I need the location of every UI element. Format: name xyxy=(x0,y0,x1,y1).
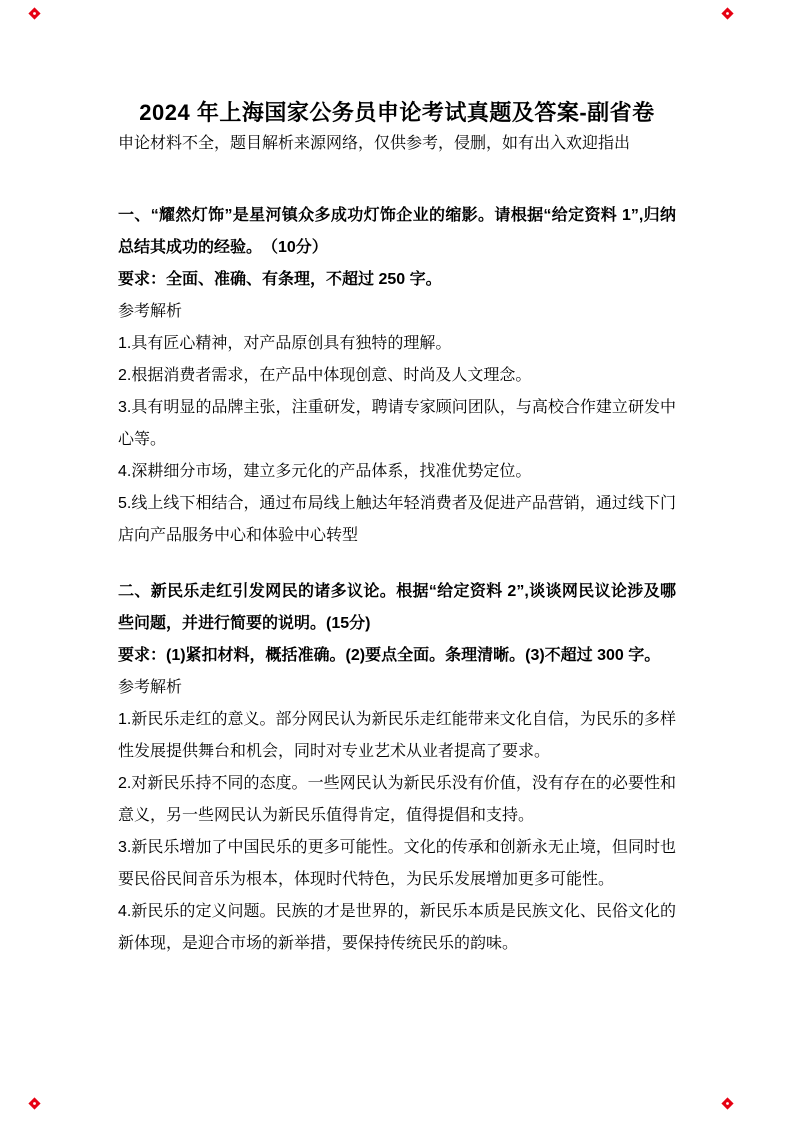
diamond-watermark-icon xyxy=(721,7,734,20)
analysis-points-2: 1.新民乐走红的意义。部分网民认为新民乐走红能带来文化自信，为民乐的多样性发展提… xyxy=(118,704,676,960)
analysis-point: 1.新民乐走红的意义。部分网民认为新民乐走红能带来文化自信，为民乐的多样性发展提… xyxy=(118,704,676,768)
question-2-text: 二、新民乐走红引发网民的诸多议论。根据“给定资料 2”,谈谈网民议论涉及哪些问题… xyxy=(118,576,676,640)
analysis-heading-2: 参考解析 xyxy=(118,672,676,704)
analysis-point: 1.具有匠心精神，对产品原创具有独特的理解。 xyxy=(118,328,676,360)
document-page: 2024 年上海国家公务员申论考试真题及答案-副省卷 申论材料不全，题目解析来源… xyxy=(0,0,794,1123)
document-content: 2024 年上海国家公务员申论考试真题及答案-副省卷 申论材料不全，题目解析来源… xyxy=(0,0,794,960)
analysis-point: 4.新民乐的定义问题。民族的才是世界的，新民乐本质是民族文化、民俗文化的新体现，… xyxy=(118,896,676,960)
analysis-point: 4.深耕细分市场，建立多元化的产品体系，找准优势定位。 xyxy=(118,456,676,488)
analysis-heading-1: 参考解析 xyxy=(118,296,676,328)
analysis-points-1: 1.具有匠心精神，对产品原创具有独特的理解。 2.根据消费者需求，在产品中体现创… xyxy=(118,328,676,552)
analysis-point: 5.线上线下相结合，通过布局线上触达年轻消费者及促进产品营销，通过线下门店向产品… xyxy=(118,488,676,552)
question-1-text: 一、“耀然灯饰”是星河镇众多成功灯饰企业的缩影。请根据“给定资料 1”,归纳总结… xyxy=(118,200,676,264)
question-1-requirement: 要求：全面、准确、有条理，不超过 250 字。 xyxy=(118,264,676,296)
diamond-watermark-icon xyxy=(28,1097,41,1110)
question-2-requirement: 要求：(1)紧扣材料，概括准确。(2)要点全面。条理清晰。(3)不超过 300 … xyxy=(118,640,676,672)
question-2-block: 二、新民乐走红引发网民的诸多议论。根据“给定资料 2”,谈谈网民议论涉及哪些问题… xyxy=(118,576,676,672)
source-note: 申论材料不全，题目解析来源网络，仅供参考，侵删，如有出入欢迎指出 xyxy=(118,128,676,160)
analysis-point: 3.具有明显的品牌主张，注重研发，聘请专家顾问团队，与高校合作建立研发中心等。 xyxy=(118,392,676,456)
diamond-watermark-icon xyxy=(721,1097,734,1110)
analysis-point: 3.新民乐增加了中国民乐的更多可能性。文化的传承和创新永无止境，但同时也要民俗民… xyxy=(118,832,676,896)
diamond-watermark-icon xyxy=(28,7,41,20)
analysis-point: 2.对新民乐持不同的态度。一些网民认为新民乐没有价值，没有存在的必要性和意义，另… xyxy=(118,768,676,832)
question-1-block: 一、“耀然灯饰”是星河镇众多成功灯饰企业的缩影。请根据“给定资料 1”,归纳总结… xyxy=(118,200,676,296)
page-title: 2024 年上海国家公务员申论考试真题及答案-副省卷 xyxy=(118,98,676,128)
analysis-point: 2.根据消费者需求，在产品中体现创意、时尚及人文理念。 xyxy=(118,360,676,392)
